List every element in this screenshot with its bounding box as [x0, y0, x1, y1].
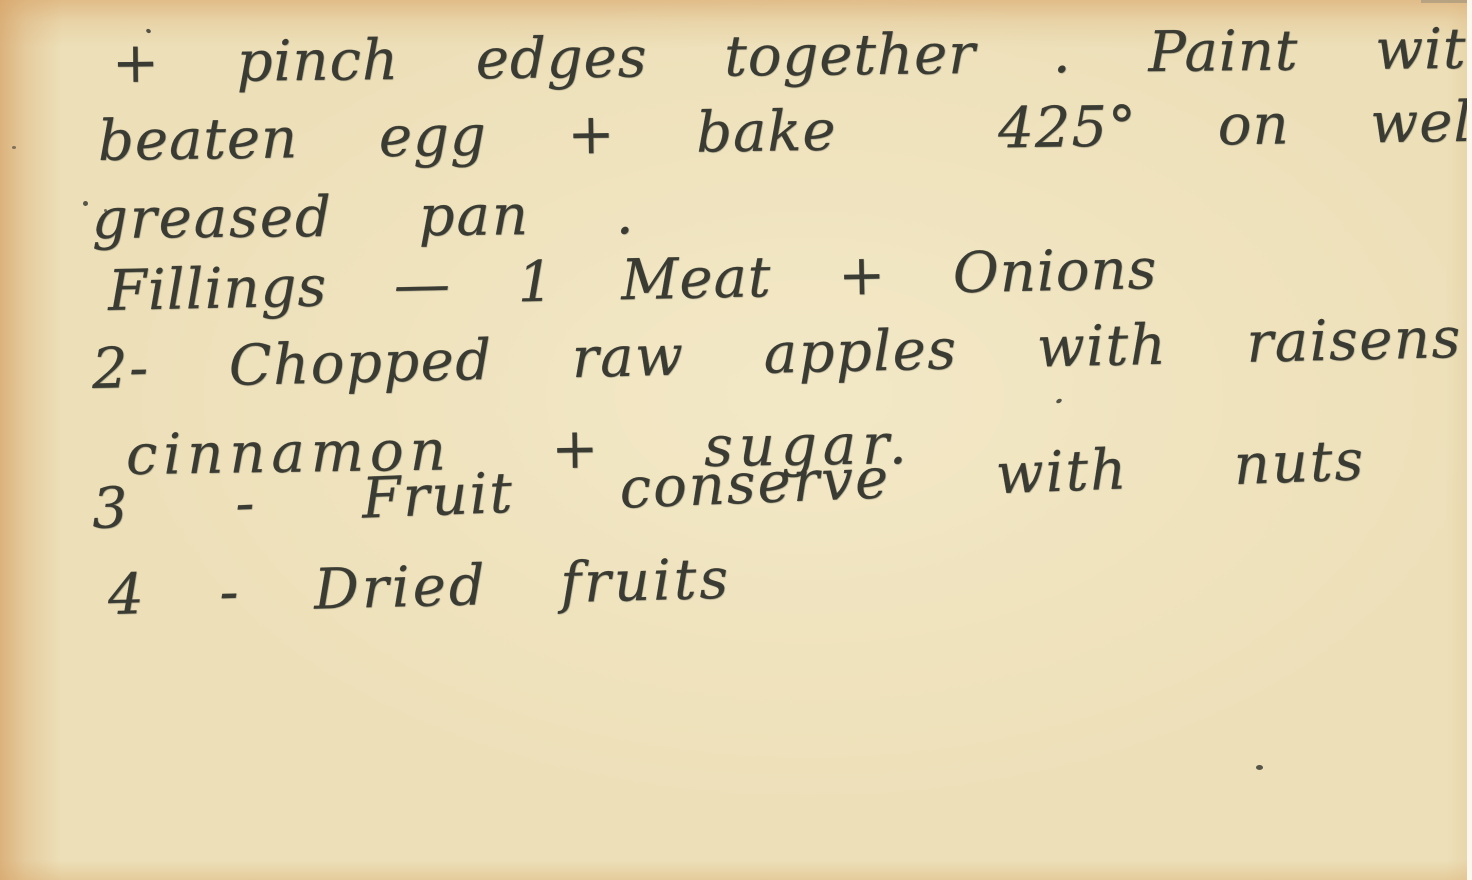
- ink-speck: [12, 146, 16, 149]
- ink-speck: [1256, 765, 1263, 770]
- scan-edge-shadow: [1421, 0, 1467, 3]
- handwritten-line-3: greased pan .: [92, 187, 636, 248]
- handwritten-line-5: 2- Chopped raw apples with raisens: [91, 311, 1462, 398]
- ink-speck: [1055, 398, 1062, 404]
- recipe-card: + pinch edges together . Paint with beat…: [0, 0, 1472, 880]
- handwritten-line-4: Fillings — 1 Meat + Onions: [107, 242, 1157, 320]
- ink-speck: [104, 209, 107, 212]
- handwritten-line-8: 4 - Dried fruits: [107, 552, 731, 624]
- scan-edge-strip: [1467, 0, 1472, 880]
- handwritten-line-1: + pinch edges together . Paint with: [112, 21, 1472, 92]
- ink-speck: [83, 201, 88, 206]
- handwritten-line-2: beaten egg + bake 425° on well: [98, 95, 1472, 170]
